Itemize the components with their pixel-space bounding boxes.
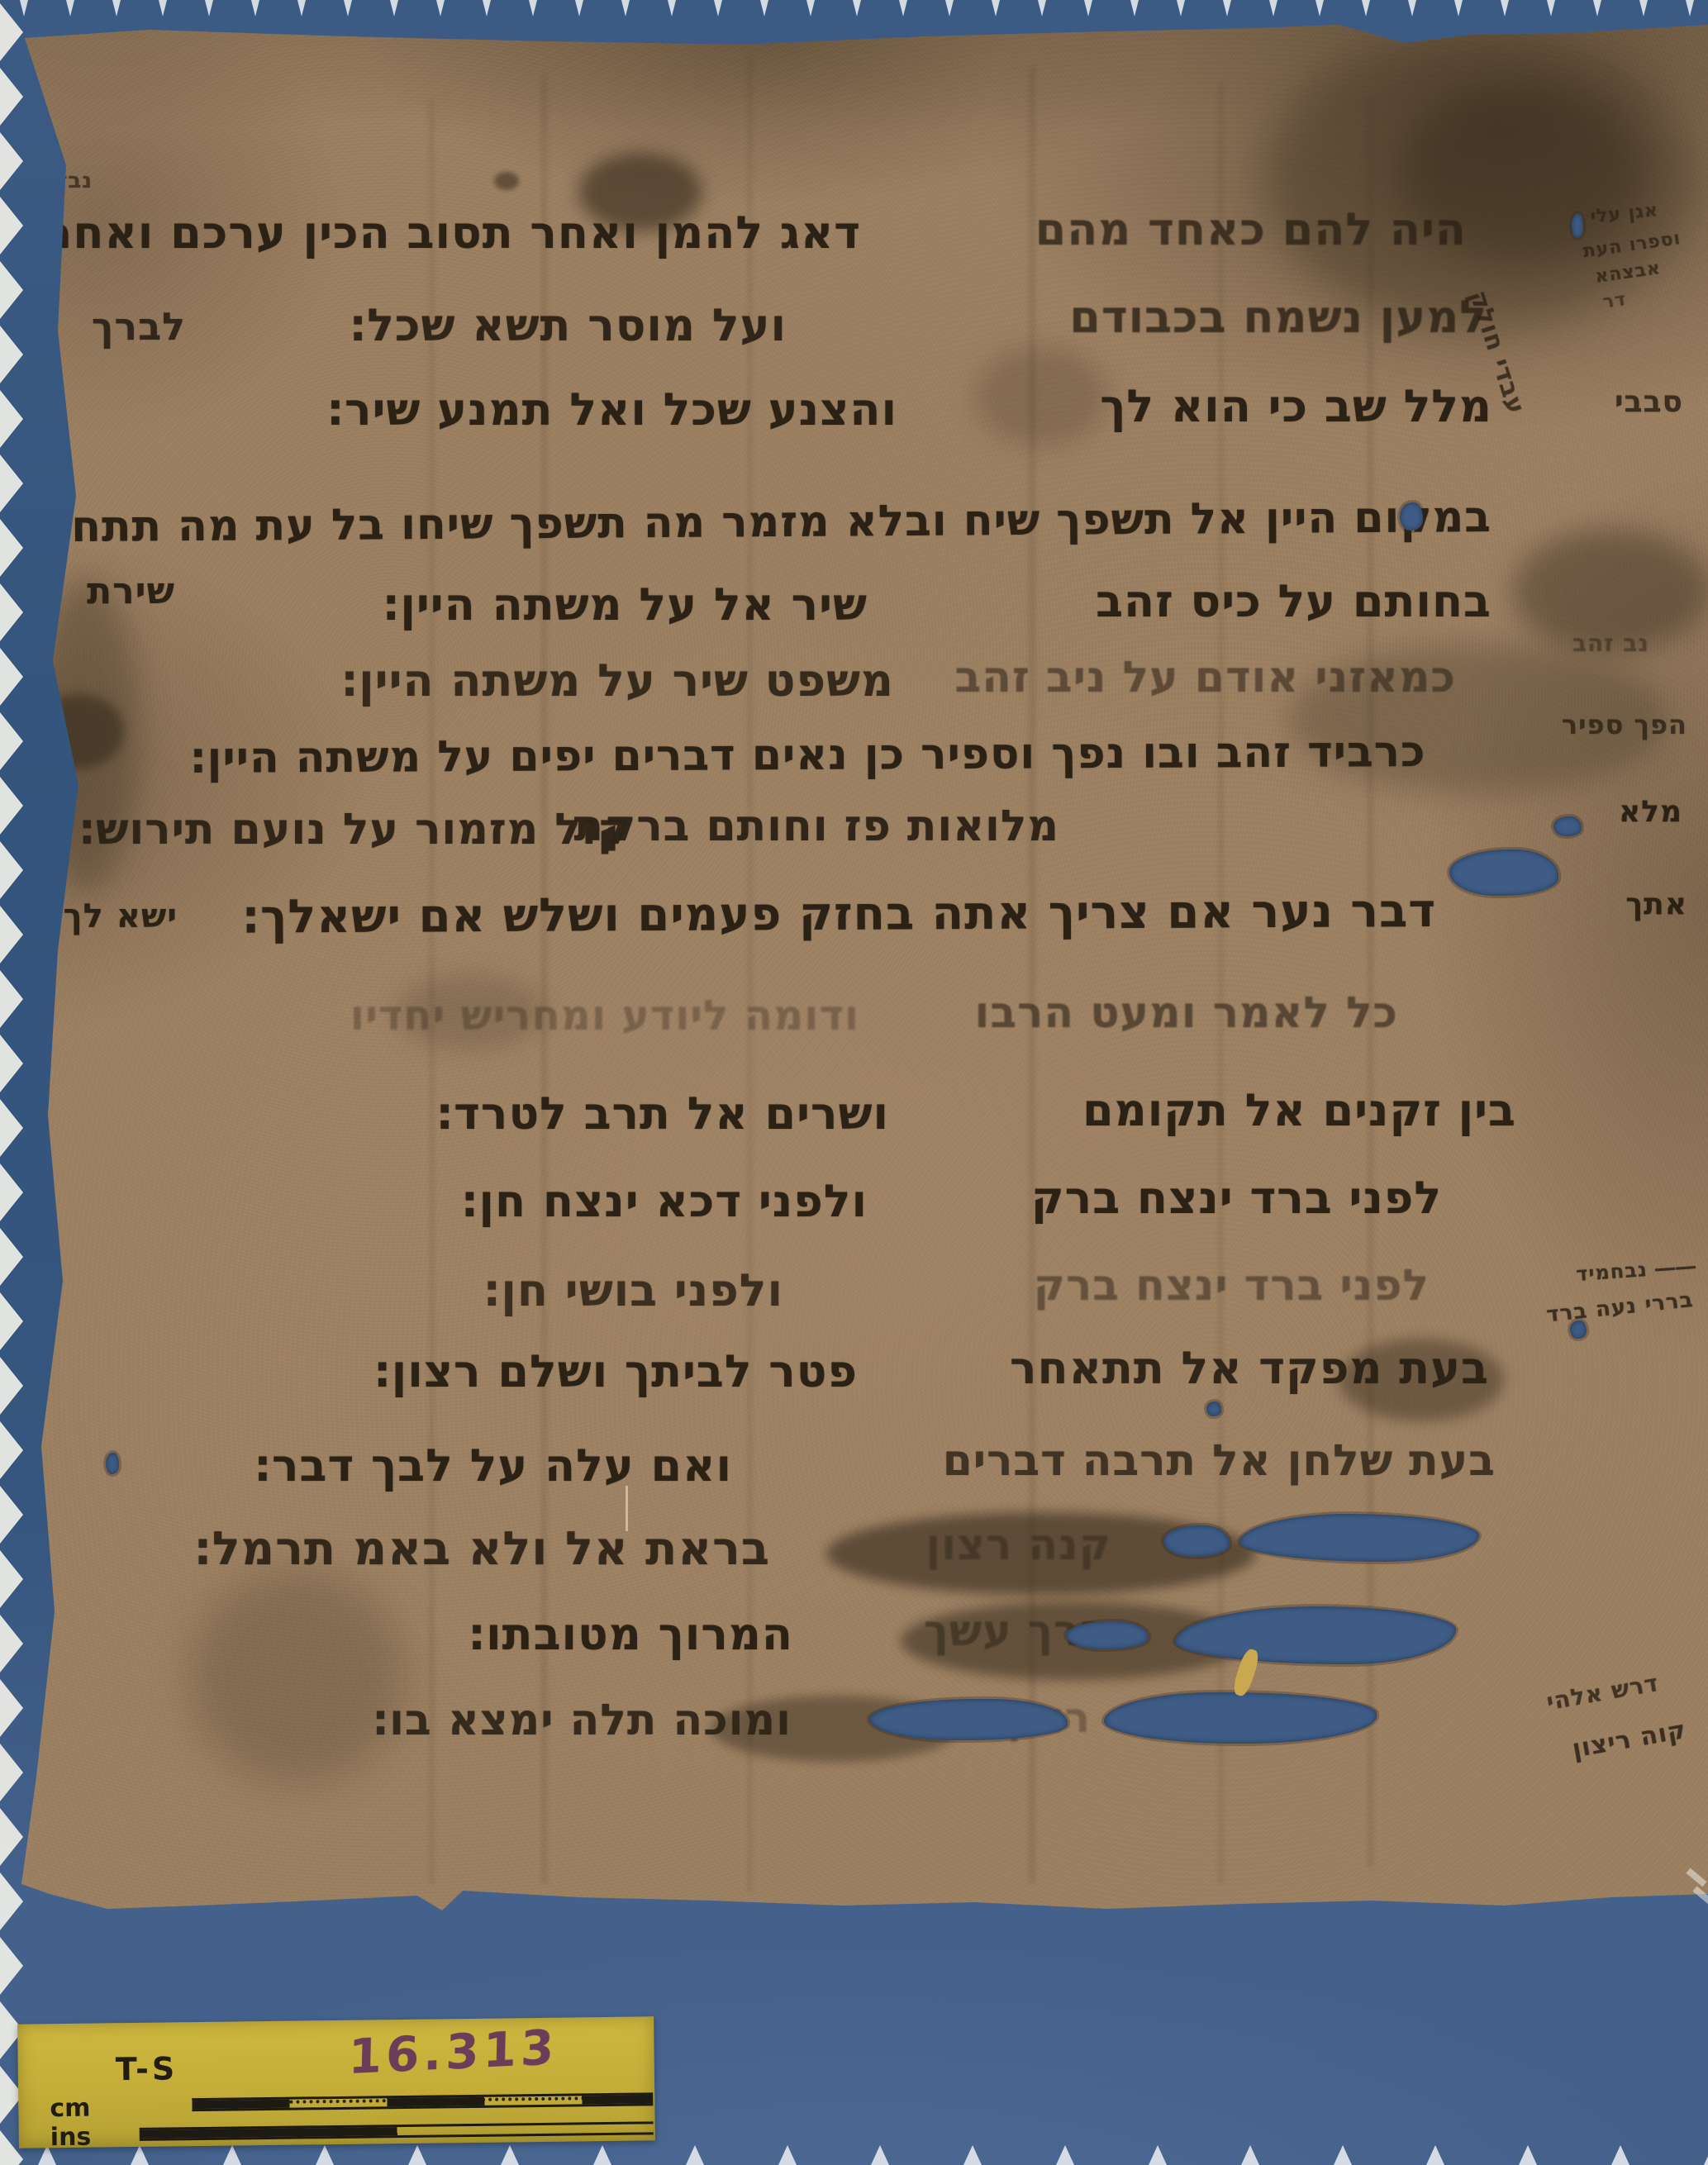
ins-unit-label: ins	[50, 2123, 92, 2153]
line-16-left: בראת אל ולא באמ תרמל׃	[194, 1522, 770, 1576]
line-5-right: בחותם על כיס זהב	[1096, 575, 1492, 627]
line-5-left: שיר אל על משתה היין׃	[383, 578, 868, 630]
damage-hole-line18	[869, 1699, 1068, 1740]
margin-left-note-2: לברך	[92, 304, 186, 349]
line-6-right: כמאזני אודם על ניב זהב	[955, 653, 1456, 702]
line-3-right: מלל שב כי הוא לך	[1100, 380, 1492, 432]
line-17-left: המרוך מטובתו׃	[469, 1608, 793, 1660]
line-13-left: ולפני בושי חן׃	[483, 1264, 783, 1316]
line-12-right: לפני ברד ינצח ברק	[1031, 1172, 1442, 1224]
line-3-left: והצנע שכל ואל תמנע שיר׃	[327, 383, 897, 435]
classmark-number: 16.313	[348, 2019, 559, 2085]
line-7: כרביד זהב ובו נפך וספיר כן נאים דברים יפ…	[190, 727, 1426, 783]
line-14-left: פטר לביתך ושלם רצון׃	[374, 1345, 858, 1397]
line-1-left: דאג להמן ואחר תסוב הכין ערכם ואחר תרבץ׃	[0, 207, 861, 259]
margin-right-scribble-4: דר	[1601, 289, 1627, 313]
damage-hole-line17	[1066, 1621, 1149, 1649]
hole	[1572, 213, 1583, 238]
damage-hole-line18	[1104, 1692, 1377, 1744]
photo-of-genizah-fragment: { "label": { "prefix": "T-S", "number": …	[0, 0, 1708, 2165]
line-15-left: ואם עלה על לבך דבר׃	[255, 1439, 732, 1492]
line-9: דבר נער אם צריך אתה בחזק פעמים ושלש אם י…	[242, 884, 1436, 945]
manuscript-page: היה להם כאחד מהםדאג להמן ואחר תסוב הכין …	[0, 0, 1708, 2165]
hole	[1570, 1320, 1587, 1339]
classmark-label: T-S 16.313 cm ins	[17, 2016, 655, 2148]
line-8-left: קול מזמור על נועם תירוש׃	[79, 805, 630, 854]
line-12-left: ולפני דכא ינצח חן׃	[461, 1175, 868, 1227]
line-15-right: בעת שלחן אל תרבה דברים	[943, 1436, 1496, 1486]
hole	[1400, 502, 1423, 531]
crease-line	[1219, 83, 1223, 1884]
margin-right-note-atk: אתך	[1625, 887, 1687, 921]
line-10-right: כל לאמר ומעט הרבו	[975, 988, 1399, 1038]
line-1-right: היה להם כאחד מהם	[1035, 203, 1467, 255]
line-2-right: למען נשמח בכבודם	[1069, 291, 1487, 343]
ink-smear-over-line14	[1339, 1339, 1504, 1421]
margin-right-note-sbby: סבבי	[1615, 385, 1683, 419]
crease-line	[1368, 99, 1373, 1868]
line-10-left: ודומה ליודע ומחריש יחדיו	[350, 992, 859, 1040]
margin-left-note-4: ישא לך׃	[50, 897, 178, 935]
ins-scale-bar	[140, 2121, 654, 2141]
line-2-left: ועל מוסר תשא שכל׃	[350, 299, 787, 351]
line-8-right: מלואות פז וחותם ברקת	[574, 802, 1059, 851]
hole	[1449, 849, 1558, 896]
line-13-right: לפני ברד ינצח ברק	[1034, 1261, 1430, 1311]
line-11-right: בין זקנים אל תקומם	[1082, 1084, 1516, 1136]
margin-right-note-mla: מלא	[1619, 795, 1682, 829]
margin-right-note-hpk-spir: הפך ספיר	[1562, 709, 1687, 740]
line-4: במקום היין אל תשפך שיח ובלא מזמר מה תשפך…	[0, 492, 1492, 553]
margin-right-note-nb-zhb: נב זהב	[1572, 630, 1649, 657]
faint-stain	[975, 347, 1107, 446]
faint-stain	[190, 1570, 405, 1785]
line-11-left: ושרים אל תרב לטרד׃	[436, 1087, 889, 1140]
damage-hole-line16	[1163, 1525, 1230, 1557]
ink-stain	[494, 172, 519, 190]
hole	[1206, 1401, 1221, 1416]
hole	[106, 1453, 119, 1474]
cm-unit-label: cm	[50, 2094, 90, 2124]
margin-left-note-3: שירת	[87, 570, 175, 612]
scratch-mark	[626, 1486, 628, 1531]
classmark-prefix: T-S	[116, 2050, 178, 2087]
hole	[1553, 816, 1582, 836]
damage-hole-line16	[1239, 1514, 1479, 1562]
line-6-left: משפט שיר על משתה היין׃	[341, 654, 894, 707]
